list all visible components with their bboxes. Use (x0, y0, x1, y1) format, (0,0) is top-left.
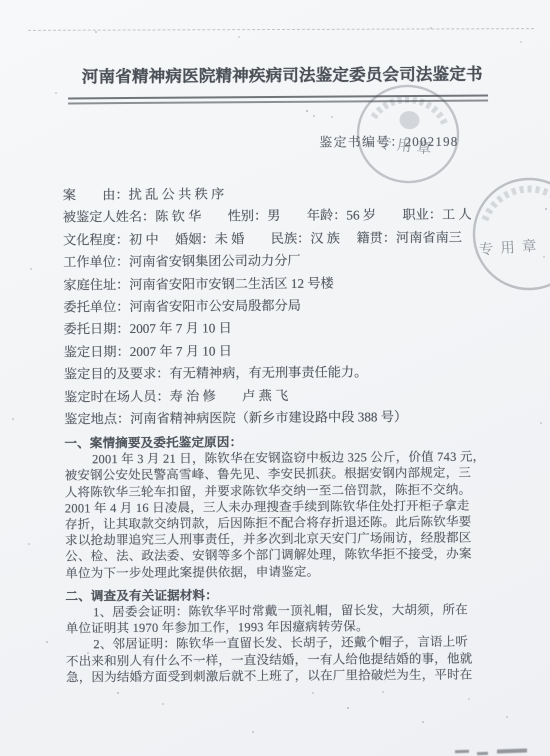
field-value: 河南省安阳市安钢二生活区 12 号楼 (129, 275, 334, 291)
document-content: 河南省精神病医院精神疾病司法鉴定委员会司法鉴定书 鉴定书编号：2002198 案… (0, 0, 550, 756)
field-row-employer: 工作单位：河南省安钢集团公司动力分厂 (63, 248, 541, 274)
field-row-assessment-purpose: 鉴定目的及要求：有无精神病，有无刑事责任能力。 (64, 360, 542, 386)
field-label: 鉴定日期： (64, 344, 130, 359)
section2-item2: 2、邻居证明：陈钦华一直留长发、长胡子，还戴个帽子，言语上听 不出来和别人有什么… (66, 634, 496, 686)
document-title: 河南省精神病医院精神疾病司法鉴定委员会司法鉴定书 (82, 61, 483, 88)
field-row-commissioning-unit: 委托单位：河南省安阳市公安局殷都分局 (63, 293, 541, 319)
field-label: 委托日期： (64, 321, 130, 336)
field-row-assessment-location: 鉴定地点：河南省精神病医院（新乡市建设路中段 388 号） (64, 405, 542, 431)
field-value: 河南省精神病医院（新乡市建设路中段 388 号） (130, 409, 407, 426)
field-label: 家庭住址： (63, 277, 129, 292)
field-value: 扰 乱 公 共 秩 序 (129, 186, 225, 202)
field-value: 陈 钦 华 性别：男 年龄：56 岁 职业：工 人 (155, 207, 472, 224)
field-value: 初 中 婚姻：未 婚 民族：汉 族 籍贯：河南省南三 (129, 230, 462, 247)
scanned-document-page: 专用章 专用章 河南省精神病医院精神疾病司法鉴定委员会司法鉴定书 鉴定书编号：2… (0, 0, 550, 756)
section1-paragraph: 2001 年 3 月 21 日，陈钦华在安钢盗窃中板边 325 公斤，价值 74… (65, 449, 496, 582)
field-row-commission-date: 委托日期：2007 年 7 月 10 日 (64, 316, 542, 342)
field-label: 文化程度： (63, 232, 129, 247)
field-label: 委托单位： (63, 299, 129, 314)
body-sections: 一、案情摘要及委托鉴定原因： 2001 年 3 月 21 日，陈钦华在安钢盗窃中… (64, 432, 496, 685)
field-row-case-cause: 案 由：扰 乱 公 共 秩 序 (63, 181, 541, 207)
field-label: 鉴定时在场人员： (64, 388, 170, 404)
field-value: 2007 年 7 月 10 日 (130, 343, 232, 359)
field-label: 案 由： (63, 187, 129, 202)
title-double-rule (68, 95, 488, 105)
field-value: 河南省安阳市公安局殷都分局 (129, 298, 301, 314)
field-label: 工作单位： (63, 254, 129, 269)
doc-number-label: 鉴定书编号： (319, 134, 404, 150)
field-label: 鉴定目的及要求： (64, 366, 170, 382)
field-value: 有无精神病，有无刑事责任能力。 (169, 365, 367, 381)
field-value: 寿 治 修 卢 燕 飞 (170, 388, 289, 404)
field-label: 被鉴定人姓名： (63, 209, 155, 225)
field-label: 鉴定地点： (64, 411, 130, 426)
field-row-persons-present: 鉴定时在场人员：寿 治 修 卢 燕 飞 (64, 383, 542, 409)
field-value: 2007 年 7 月 10 日 (130, 321, 232, 337)
field-value: 河南省安钢集团公司动力分厂 (129, 253, 301, 269)
doc-number-line: 鉴定书编号：2002198 (319, 131, 458, 151)
field-row-assessment-date: 鉴定日期：2007 年 7 月 10 日 (64, 338, 542, 364)
section2-item1: 1、居委会证明：陈钦华平时常戴一顶礼帽，留长发，大胡须，所在 单位证明其 197… (66, 601, 496, 636)
doc-number-value: 2002198 (405, 134, 459, 149)
field-row-home-address: 家庭住址：河南省安阳市安钢二生活区 12 号楼 (63, 271, 541, 297)
field-row-education: 文化程度：初 中 婚姻：未 婚 民族：汉 族 籍贯：河南省南三 (63, 226, 541, 252)
field-row-person-name: 被鉴定人姓名：陈 钦 华 性别：男 年龄：56 岁 职业：工 人 (63, 204, 541, 230)
header-fields: 案 由：扰 乱 公 共 秩 序 被鉴定人姓名：陈 钦 华 性别：男 年龄：56 … (63, 181, 543, 431)
